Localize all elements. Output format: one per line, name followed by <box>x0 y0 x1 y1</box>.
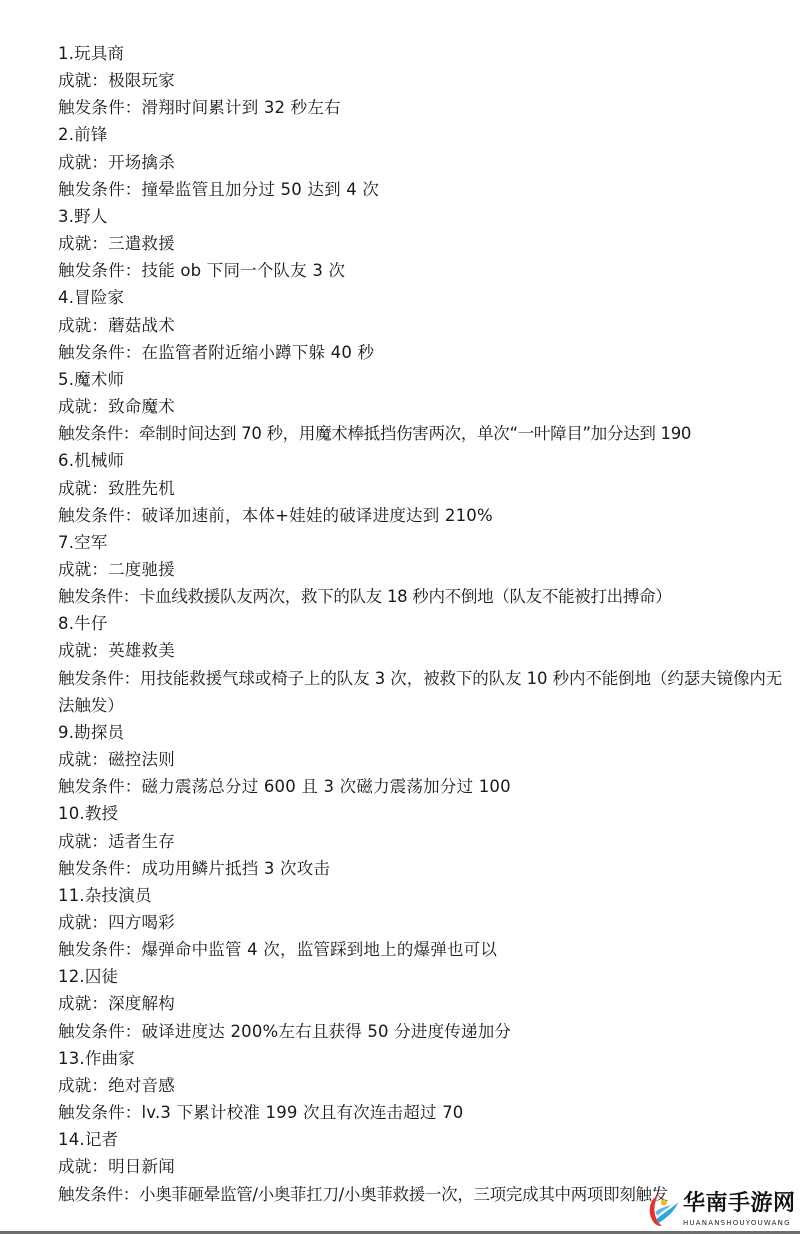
entry-title: 13.作曲家 <box>58 1045 793 1072</box>
entry-condition: 触发条件：爆弹命中监管 4 次，监管踩到地上的爆弹也可以 <box>58 936 793 963</box>
entry-condition: 触发条件：卡血线救援队友两次，救下的队友 18 秒内不倒地（队友不能被打出搏命） <box>58 583 793 610</box>
entry-achievement: 成就：致胜先机 <box>58 475 793 502</box>
entry-achievement: 成就：明日新闻 <box>58 1153 793 1180</box>
entry-condition: 触发条件：破译加速前，本体+娃娃的破译进度达到 210% <box>58 502 793 529</box>
entry-achievement: 成就：三遣救援 <box>58 230 793 257</box>
entry-achievement: 成就：适者生存 <box>58 828 793 855</box>
entry-professor: 10.教授 成就：适者生存 触发条件：成功用鳞片抵挡 3 次攻击 <box>58 800 793 881</box>
entry-prisoner: 12.囚徒 成就：深度解构 触发条件：破译进度达 200%左右且获得 50 分进… <box>58 963 793 1044</box>
entry-condition: 触发条件：撞晕监管且加分过 50 达到 4 次 <box>58 176 793 203</box>
entry-achievement: 成就：绝对音感 <box>58 1072 793 1099</box>
entry-achievement: 成就：极限玩家 <box>58 67 793 94</box>
entry-explorer: 4.冒险家 成就：蘑菇战术 触发条件：在监管者附近缩小蹲下躲 40 秒 <box>58 284 793 365</box>
entry-title: 3.野人 <box>58 203 793 230</box>
entry-achievement: 成就：蘑菇战术 <box>58 312 793 339</box>
entry-title: 2.前锋 <box>58 121 793 148</box>
entry-acrobat: 11.杂技演员 成就：四方喝彩 触发条件：爆弹命中监管 4 次，监管踩到地上的爆… <box>58 882 793 963</box>
entry-title: 12.囚徒 <box>58 963 793 990</box>
entry-title: 14.记者 <box>58 1126 793 1153</box>
entry-condition: 触发条件：lv.3 下累计校准 199 次且有次连击超过 70 <box>58 1099 793 1126</box>
entry-title: 8.牛仔 <box>58 610 793 637</box>
entry-title: 4.冒险家 <box>58 284 793 311</box>
achievement-document: 1.玩具商 成就：极限玩家 触发条件：滑翔时间累计到 32 秒左右 2.前锋 成… <box>58 40 793 1208</box>
entry-composer: 13.作曲家 成就：绝对音感 触发条件：lv.3 下累计校准 199 次且有次连… <box>58 1045 793 1126</box>
entry-forward: 2.前锋 成就：开场擒杀 触发条件：撞晕监管且加分过 50 达到 4 次 <box>58 121 793 202</box>
entry-title: 9.勘探员 <box>58 719 793 746</box>
entry-condition: 触发条件：成功用鳞片抵挡 3 次攻击 <box>58 855 793 882</box>
site-watermark: 华南手游网 HUANANSHOUYOUWANG <box>643 1189 800 1231</box>
entry-title: 10.教授 <box>58 800 793 827</box>
watermark-title: 华南手游网 <box>683 1192 796 1216</box>
entry-title: 11.杂技演员 <box>58 882 793 909</box>
entry-achievement: 成就：开场擒杀 <box>58 149 793 176</box>
entry-achievement: 成就：深度解构 <box>58 990 793 1017</box>
entry-achievement: 成就：四方喝彩 <box>58 909 793 936</box>
entry-achievement: 成就：致命魔术 <box>58 393 793 420</box>
entry-wildling: 3.野人 成就：三遣救援 触发条件：技能 ob 下同一个队友 3 次 <box>58 203 793 284</box>
watermark-subtitle: HUANANSHOUYOUWANG <box>683 1218 796 1228</box>
entry-title: 1.玩具商 <box>58 40 793 67</box>
entry-achievement: 成就：英雄救美 <box>58 637 793 664</box>
entry-condition: 触发条件：滑翔时间累计到 32 秒左右 <box>58 94 793 121</box>
entry-prospector: 9.勘探员 成就：磁控法则 触发条件：磁力震荡总分过 600 且 3 次磁力震荡… <box>58 719 793 800</box>
entry-coordinator: 7.空军 成就：二度驰援 触发条件：卡血线救援队友两次，救下的队友 18 秒内不… <box>58 529 793 610</box>
entry-condition: 触发条件：用技能救援气球或椅子上的队友 3 次，被救下的队友 10 秒内不能倒地… <box>58 665 793 719</box>
entry-title: 6.机械师 <box>58 447 793 474</box>
entry-condition: 触发条件：技能 ob 下同一个队友 3 次 <box>58 257 793 284</box>
entry-mechanic: 6.机械师 成就：致胜先机 触发条件：破译加速前，本体+娃娃的破译进度达到 21… <box>58 447 793 528</box>
entry-achievement: 成就：磁控法则 <box>58 746 793 773</box>
entry-condition: 触发条件：破译进度达 200%左右且获得 50 分进度传递加分 <box>58 1018 793 1045</box>
entry-achievement: 成就：二度驰援 <box>58 556 793 583</box>
entry-condition: 触发条件：牵制时间达到 70 秒，用魔术棒抵挡伤害两次，单次“一叶障目”加分达到… <box>58 420 793 447</box>
entry-cowboy: 8.牛仔 成就：英雄救美 触发条件：用技能救援气球或椅子上的队友 3 次，被救下… <box>58 610 793 719</box>
entry-condition: 触发条件：磁力震荡总分过 600 且 3 次磁力震荡加分过 100 <box>58 773 793 800</box>
entry-condition: 触发条件：在监管者附近缩小蹲下躲 40 秒 <box>58 339 793 366</box>
entry-toy-merchant: 1.玩具商 成就：极限玩家 触发条件：滑翔时间累计到 32 秒左右 <box>58 40 793 121</box>
entry-magician: 5.魔术师 成就：致命魔术 触发条件：牵制时间达到 70 秒，用魔术棒抵挡伤害两… <box>58 366 793 447</box>
entry-title: 5.魔术师 <box>58 366 793 393</box>
site-logo-icon <box>643 1190 681 1230</box>
entry-title: 7.空军 <box>58 529 793 556</box>
